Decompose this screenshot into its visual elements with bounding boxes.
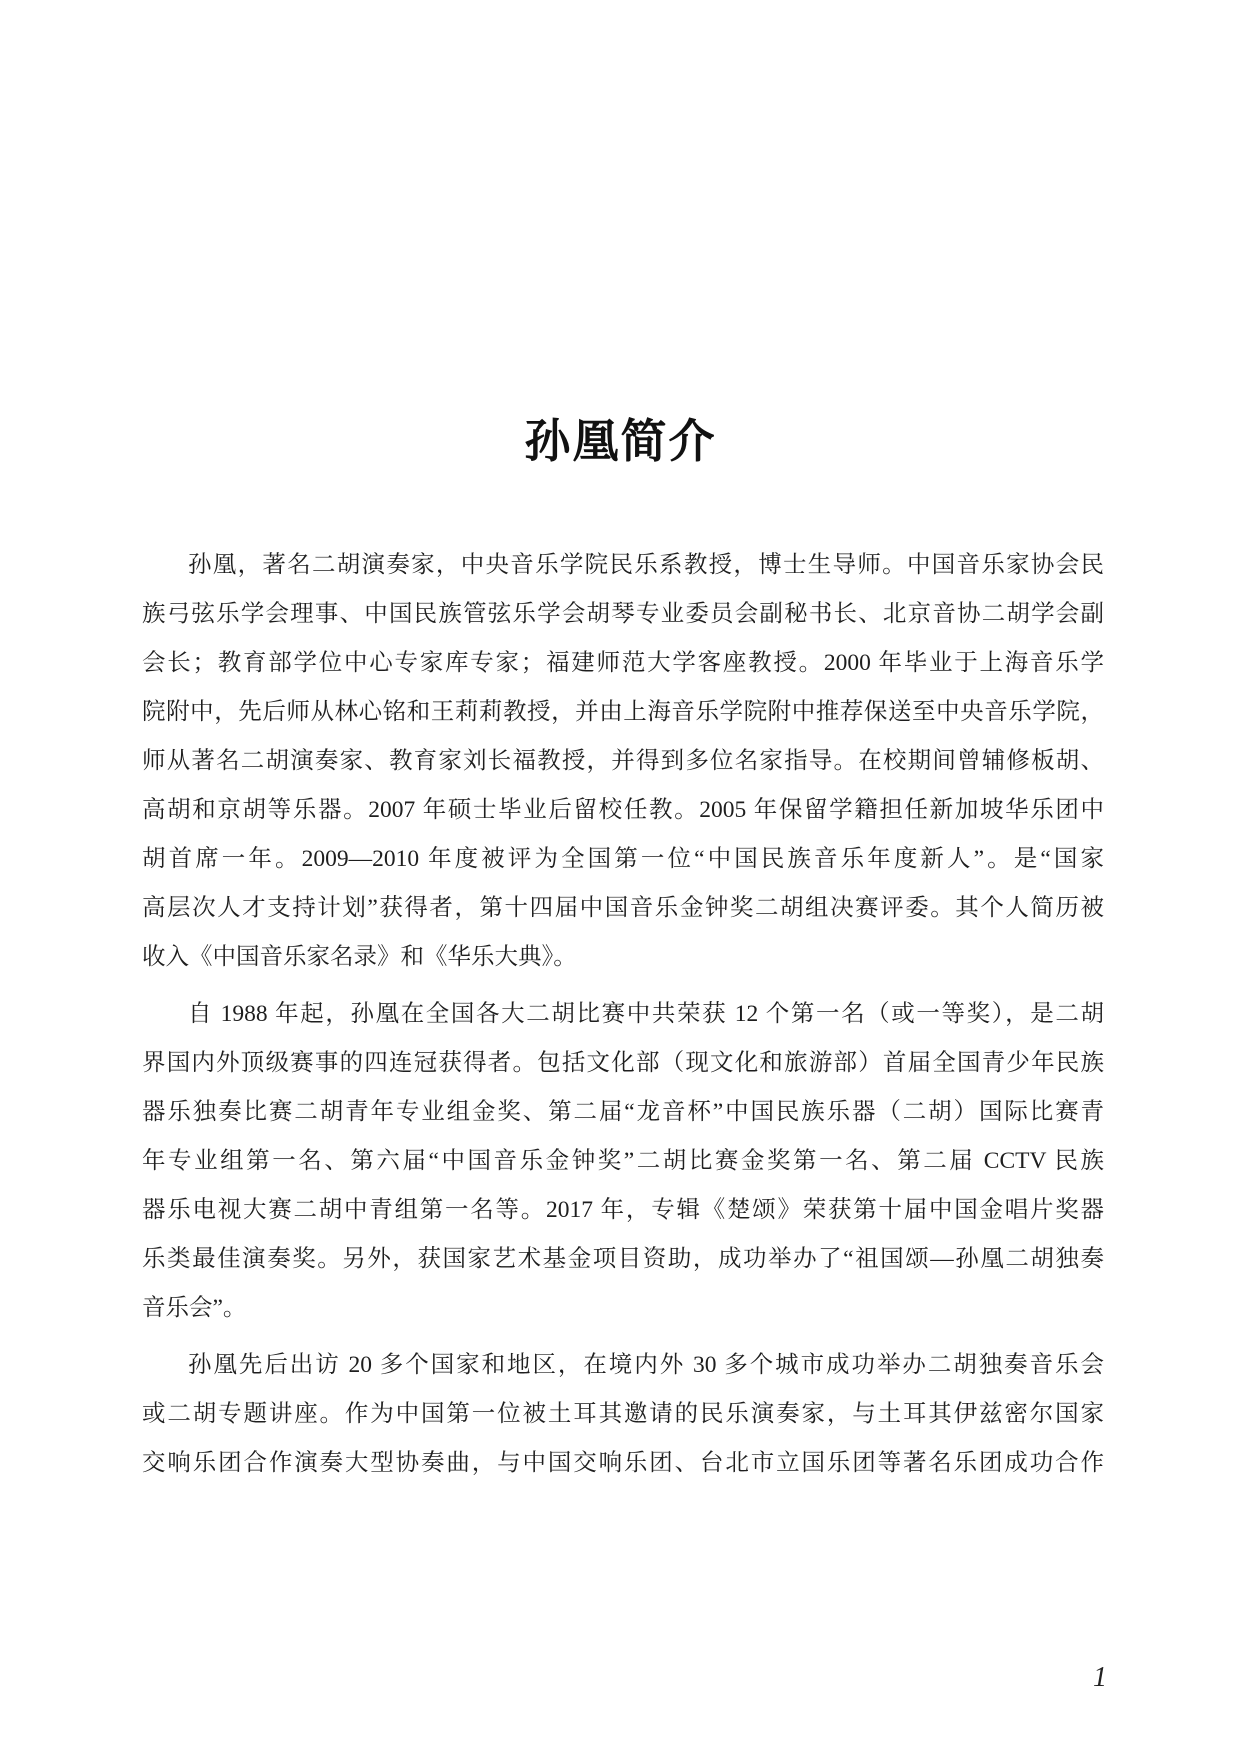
- text-line: 自 1988 年起，孙凰在全国各大二胡比赛中共荣获 12 个第一名（或一等奖），…: [188, 999, 1104, 1029]
- text-line: 器乐独奏比赛二胡青年专业组金奖、第二届“龙音杯”中国民族乐器（二胡）国际比赛青: [142, 1097, 1104, 1127]
- page-title: 孙凰简介: [0, 414, 1241, 470]
- text-line: 会长；教育部学位中心专家库专家；福建师范大学客座教授。2000 年毕业于上海音乐…: [142, 648, 1104, 678]
- text-line: 胡首席一年。2009—2010 年度被评为全国第一位“中国民族音乐年度新人”。是…: [142, 844, 1104, 874]
- text-line: 音乐会”。: [142, 1293, 1104, 1323]
- text-line: 高层次人才支持计划”获得者，第十四届中国音乐金钟奖二胡组决赛评委。其个人简历被: [142, 893, 1104, 923]
- text-line: 族弓弦乐学会理事、中国民族管弦乐学会胡琴专业委员会副秘书长、北京音协二胡学会副: [142, 599, 1104, 629]
- text-line: 孙凰，著名二胡演奏家，中央音乐学院民乐系教授，博士生导师。中国音乐家协会民: [188, 550, 1104, 580]
- text-line: 院附中，先后师从林心铭和王莉莉教授，并由上海音乐学院附中推荐保送至中央音乐学院，: [142, 697, 1104, 727]
- page-number: 1: [1093, 1662, 1107, 1694]
- text-line: 孙凰先后出访 20 多个国家和地区，在境内外 30 多个城市成功举办二胡独奏音乐…: [188, 1350, 1104, 1380]
- text-line: 收入《中国音乐家名录》和《华乐大典》。: [142, 942, 1104, 972]
- text-line: 或二胡专题讲座。作为中国第一位被土耳其邀请的民乐演奏家，与土耳其伊兹密尔国家: [142, 1399, 1104, 1429]
- text-line: 年专业组第一名、第六届“中国音乐金钟奖”二胡比赛金奖第一名、第二届 CCTV 民…: [142, 1146, 1104, 1176]
- text-line: 界国内外顶级赛事的四连冠获得者。包括文化部（现文化和旅游部）首届全国青少年民族: [142, 1048, 1104, 1078]
- text-line: 器乐电视大赛二胡中青组第一名等。2017 年，专辑《楚颂》荣获第十届中国金唱片奖…: [142, 1195, 1104, 1225]
- text-line: 乐类最佳演奏奖。另外，获国家艺术基金项目资助，成功举办了“祖国颂—孙凰二胡独奏: [142, 1244, 1104, 1274]
- text-line: 高胡和京胡等乐器。2007 年硕士毕业后留校任教。2005 年保留学籍担任新加坡…: [142, 795, 1104, 825]
- text-line: 交响乐团合作演奏大型协奏曲，与中国交响乐团、台北市立国乐团等著名乐团成功合作: [142, 1448, 1104, 1478]
- text-line: 师从著名二胡演奏家、教育家刘长福教授，并得到多位名家指导。在校期间曾辅修板胡、: [142, 746, 1104, 776]
